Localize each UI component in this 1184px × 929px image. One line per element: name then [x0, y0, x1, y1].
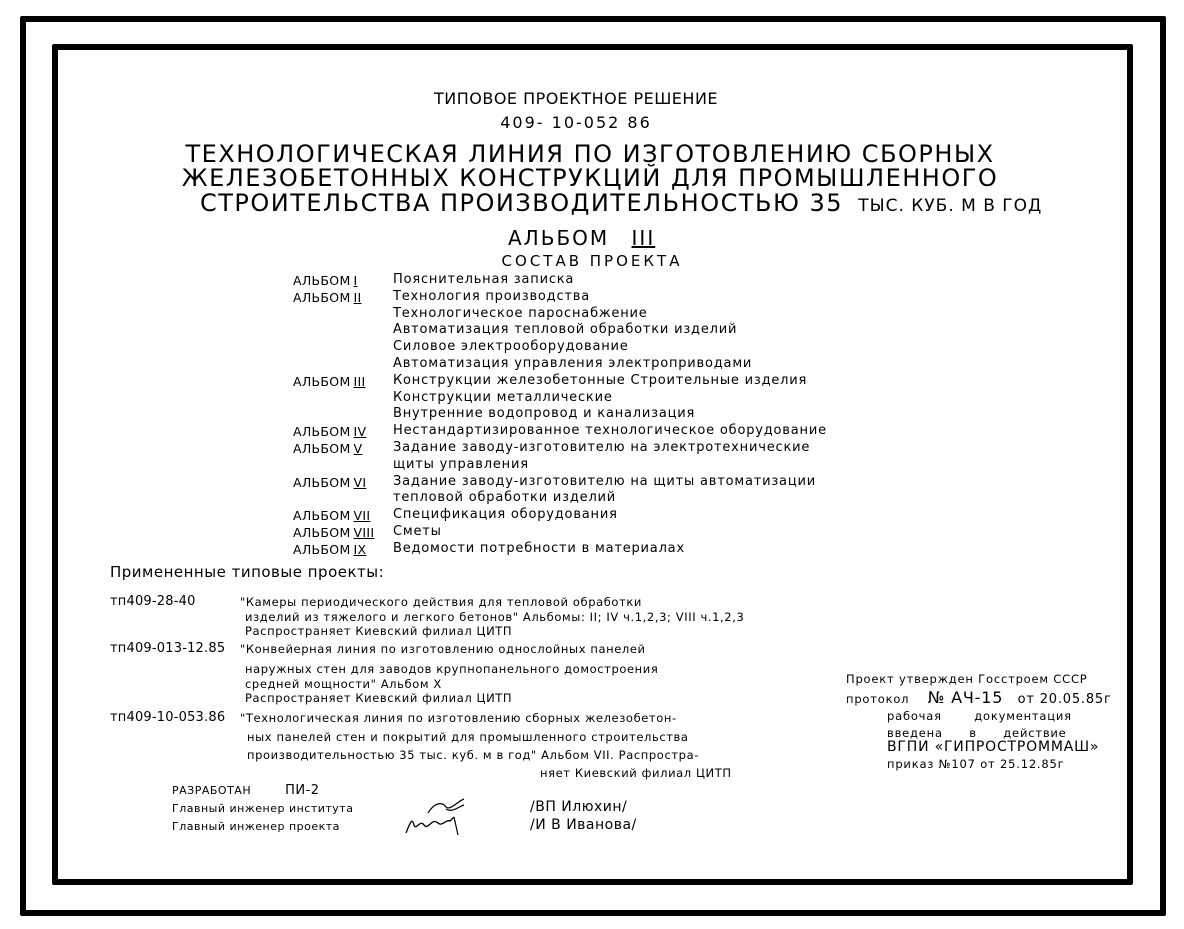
- project-description-line: "Конвейерная линия по изготовлению однос…: [240, 642, 646, 656]
- project-code: тп409-28-40: [110, 594, 196, 609]
- album-heading-label: АЛЬБОМ: [508, 226, 609, 250]
- title-line-3-suffix: ТЫС. КУБ. М В ГОД: [858, 196, 1042, 216]
- album-item-text: Задание заводу-изготовителю на электроте…: [393, 440, 810, 455]
- approval-order: приказ №107 от 25.12.85г: [887, 757, 1064, 771]
- title-line-1: ТЕХНОЛОГИЧЕСКАЯ ЛИНИЯ ПО ИЗГОТОВЛЕНИЮ СБ…: [185, 142, 994, 166]
- album-item-text: Автоматизация управления электроприводам…: [393, 356, 752, 371]
- album-item-text: Нестандартизированное технологическое об…: [393, 423, 827, 438]
- approval-line-3: рабочая документация: [887, 709, 1072, 723]
- project-description-line: "Камеры периодического действия для тепл…: [240, 595, 642, 609]
- album-label-text: АЛЬБОМ: [293, 475, 351, 490]
- album-label: АЛЬБОМI: [293, 273, 358, 288]
- applied-projects-title: Примененные типовые проекты:: [110, 565, 384, 580]
- project-description-line: производительностью 35 тыс. куб. м в год…: [247, 748, 699, 762]
- project-description-line: наружных стен для заводов крупнопанельно…: [245, 662, 658, 676]
- approval-organization: ВГПИ «ГИПРОСТРОММАШ»: [887, 739, 1099, 755]
- signatory-name-1: /ВП Илюхин/: [530, 799, 627, 815]
- album-label-text: АЛЬБОМ: [293, 290, 351, 305]
- project-description-line: ных панелей стен и покрытий для промышле…: [247, 730, 689, 744]
- album-label-text: АЛЬБОМ: [293, 441, 351, 456]
- album-item-text: щиты управления: [393, 457, 529, 472]
- project-code: тп409-10-053.86: [110, 710, 225, 725]
- project-description-line: изделий из тяжелого и легкого бетонов" А…: [245, 610, 744, 624]
- developed-label: РАЗРАБОТАН: [172, 784, 251, 797]
- project-description-line: средней мощности" Альбом X: [245, 677, 442, 691]
- album-item-text: Силовое электрооборудование: [393, 339, 629, 354]
- album-heading-number: III: [632, 226, 656, 250]
- album-roman-number: IV: [354, 424, 367, 439]
- project-description-line: Распространяет Киевский филиал ЦИТП: [245, 624, 512, 638]
- album-label: АЛЬБОМVI: [293, 475, 366, 490]
- album-roman-number: III: [354, 374, 366, 389]
- album-roman-number: I: [354, 273, 358, 288]
- album-roman-number: IX: [354, 542, 367, 557]
- album-label: АЛЬБОМVIII: [293, 525, 374, 540]
- album-roman-number: II: [354, 290, 362, 305]
- album-label-text: АЛЬБОМ: [293, 424, 351, 439]
- album-item-text: Технология производства: [393, 289, 590, 304]
- album-label: АЛЬБОМIV: [293, 424, 366, 439]
- title-line-3-main: СТРОИТЕЛЬСТВА ПРОИЗВОДИТЕЛЬНОСТЬЮ 35: [200, 189, 843, 217]
- album-label-text: АЛЬБОМ: [293, 542, 351, 557]
- album-label: АЛЬБОМII: [293, 290, 362, 305]
- album-item-text: тепловой обработки изделий: [393, 490, 616, 505]
- album-label-text: АЛЬБОМ: [293, 525, 351, 540]
- album-roman-number: VIII: [354, 525, 375, 540]
- approval-line-1: Проект утвержден Госстроем СССР: [846, 672, 1088, 686]
- album-label-text: АЛЬБОМ: [293, 374, 351, 389]
- protocol-label: протокол: [846, 692, 909, 706]
- project-code: тп409-013-12.85: [110, 641, 225, 656]
- album-item-text: Пояснительная записка: [393, 272, 574, 287]
- album-item-text: Автоматизация тепловой обработки изделий: [393, 322, 737, 337]
- protocol-date: от 20.05.85г: [1018, 692, 1112, 707]
- role-chief-engineer-project: Главный инженер проекта: [172, 820, 340, 833]
- album-label: АЛЬБОМV: [293, 441, 362, 456]
- album-roman-number: VII: [354, 508, 371, 523]
- protocol-number: № АЧ-15: [928, 688, 1003, 707]
- approval-line-4: введена в действие: [887, 726, 1067, 740]
- album-item-text: Ведомости потребности в материалах: [393, 541, 685, 556]
- developed-by: РАЗРАБОТАН ПИ-2: [172, 783, 320, 798]
- album-label: АЛЬБОМIX: [293, 542, 366, 557]
- album-item-text: Задание заводу-изготовителю на щиты авто…: [393, 474, 816, 489]
- signatory-name-2: /И В Иванова/: [530, 817, 637, 833]
- composition-title: СОСТАВ ПРОЕКТА: [502, 254, 683, 269]
- album-item-text: Сметы: [393, 524, 442, 539]
- developed-org: ПИ-2: [285, 783, 319, 798]
- role-chief-engineer-institute: Главный инженер института: [172, 802, 353, 815]
- title-line-3: СТРОИТЕЛЬСТВА ПРОИЗВОДИТЕЛЬНОСТЬЮ 35 ТЫС…: [200, 191, 1042, 215]
- album-roman-number: VI: [354, 475, 367, 490]
- album-roman-number: V: [354, 441, 363, 456]
- document-type-label: ТИПОВОЕ ПРОЕКТНОЕ РЕШЕНИЕ: [434, 91, 718, 107]
- album-item-text: Спецификация оборудования: [393, 507, 618, 522]
- album-item-text: Конструкции железобетонные Строительные …: [393, 373, 807, 388]
- album-label: АЛЬБОМVII: [293, 508, 370, 523]
- title-line-2: ЖЕЛЕЗОБЕТОННЫХ КОНСТРУКЦИЙ ДЛЯ ПРОМЫШЛЕН…: [182, 166, 999, 190]
- album-label-text: АЛЬБОМ: [293, 508, 351, 523]
- album-label-text: АЛЬБОМ: [293, 273, 351, 288]
- project-description-line: няет Киевский филиал ЦИТП: [540, 766, 732, 780]
- project-description-line: "Технологическая линия по изготовлению с…: [240, 711, 677, 725]
- document-number: 409- 10-052 86: [500, 115, 652, 131]
- handwritten-signature-icon: [398, 795, 478, 837]
- album-item-text: Технологическое пароснабжение: [393, 306, 648, 321]
- album-item-text: Конструкции металлические: [393, 390, 613, 405]
- approval-line-2: протокол № АЧ-15 от 20.05.85г: [846, 688, 1112, 707]
- project-description-line: Распространяет Киевский филиал ЦИТП: [245, 691, 512, 705]
- album-label: АЛЬБОМIII: [293, 374, 366, 389]
- album-heading: АЛЬБОМ III: [508, 228, 655, 248]
- album-item-text: Внутренние водопровод и канализация: [393, 406, 695, 421]
